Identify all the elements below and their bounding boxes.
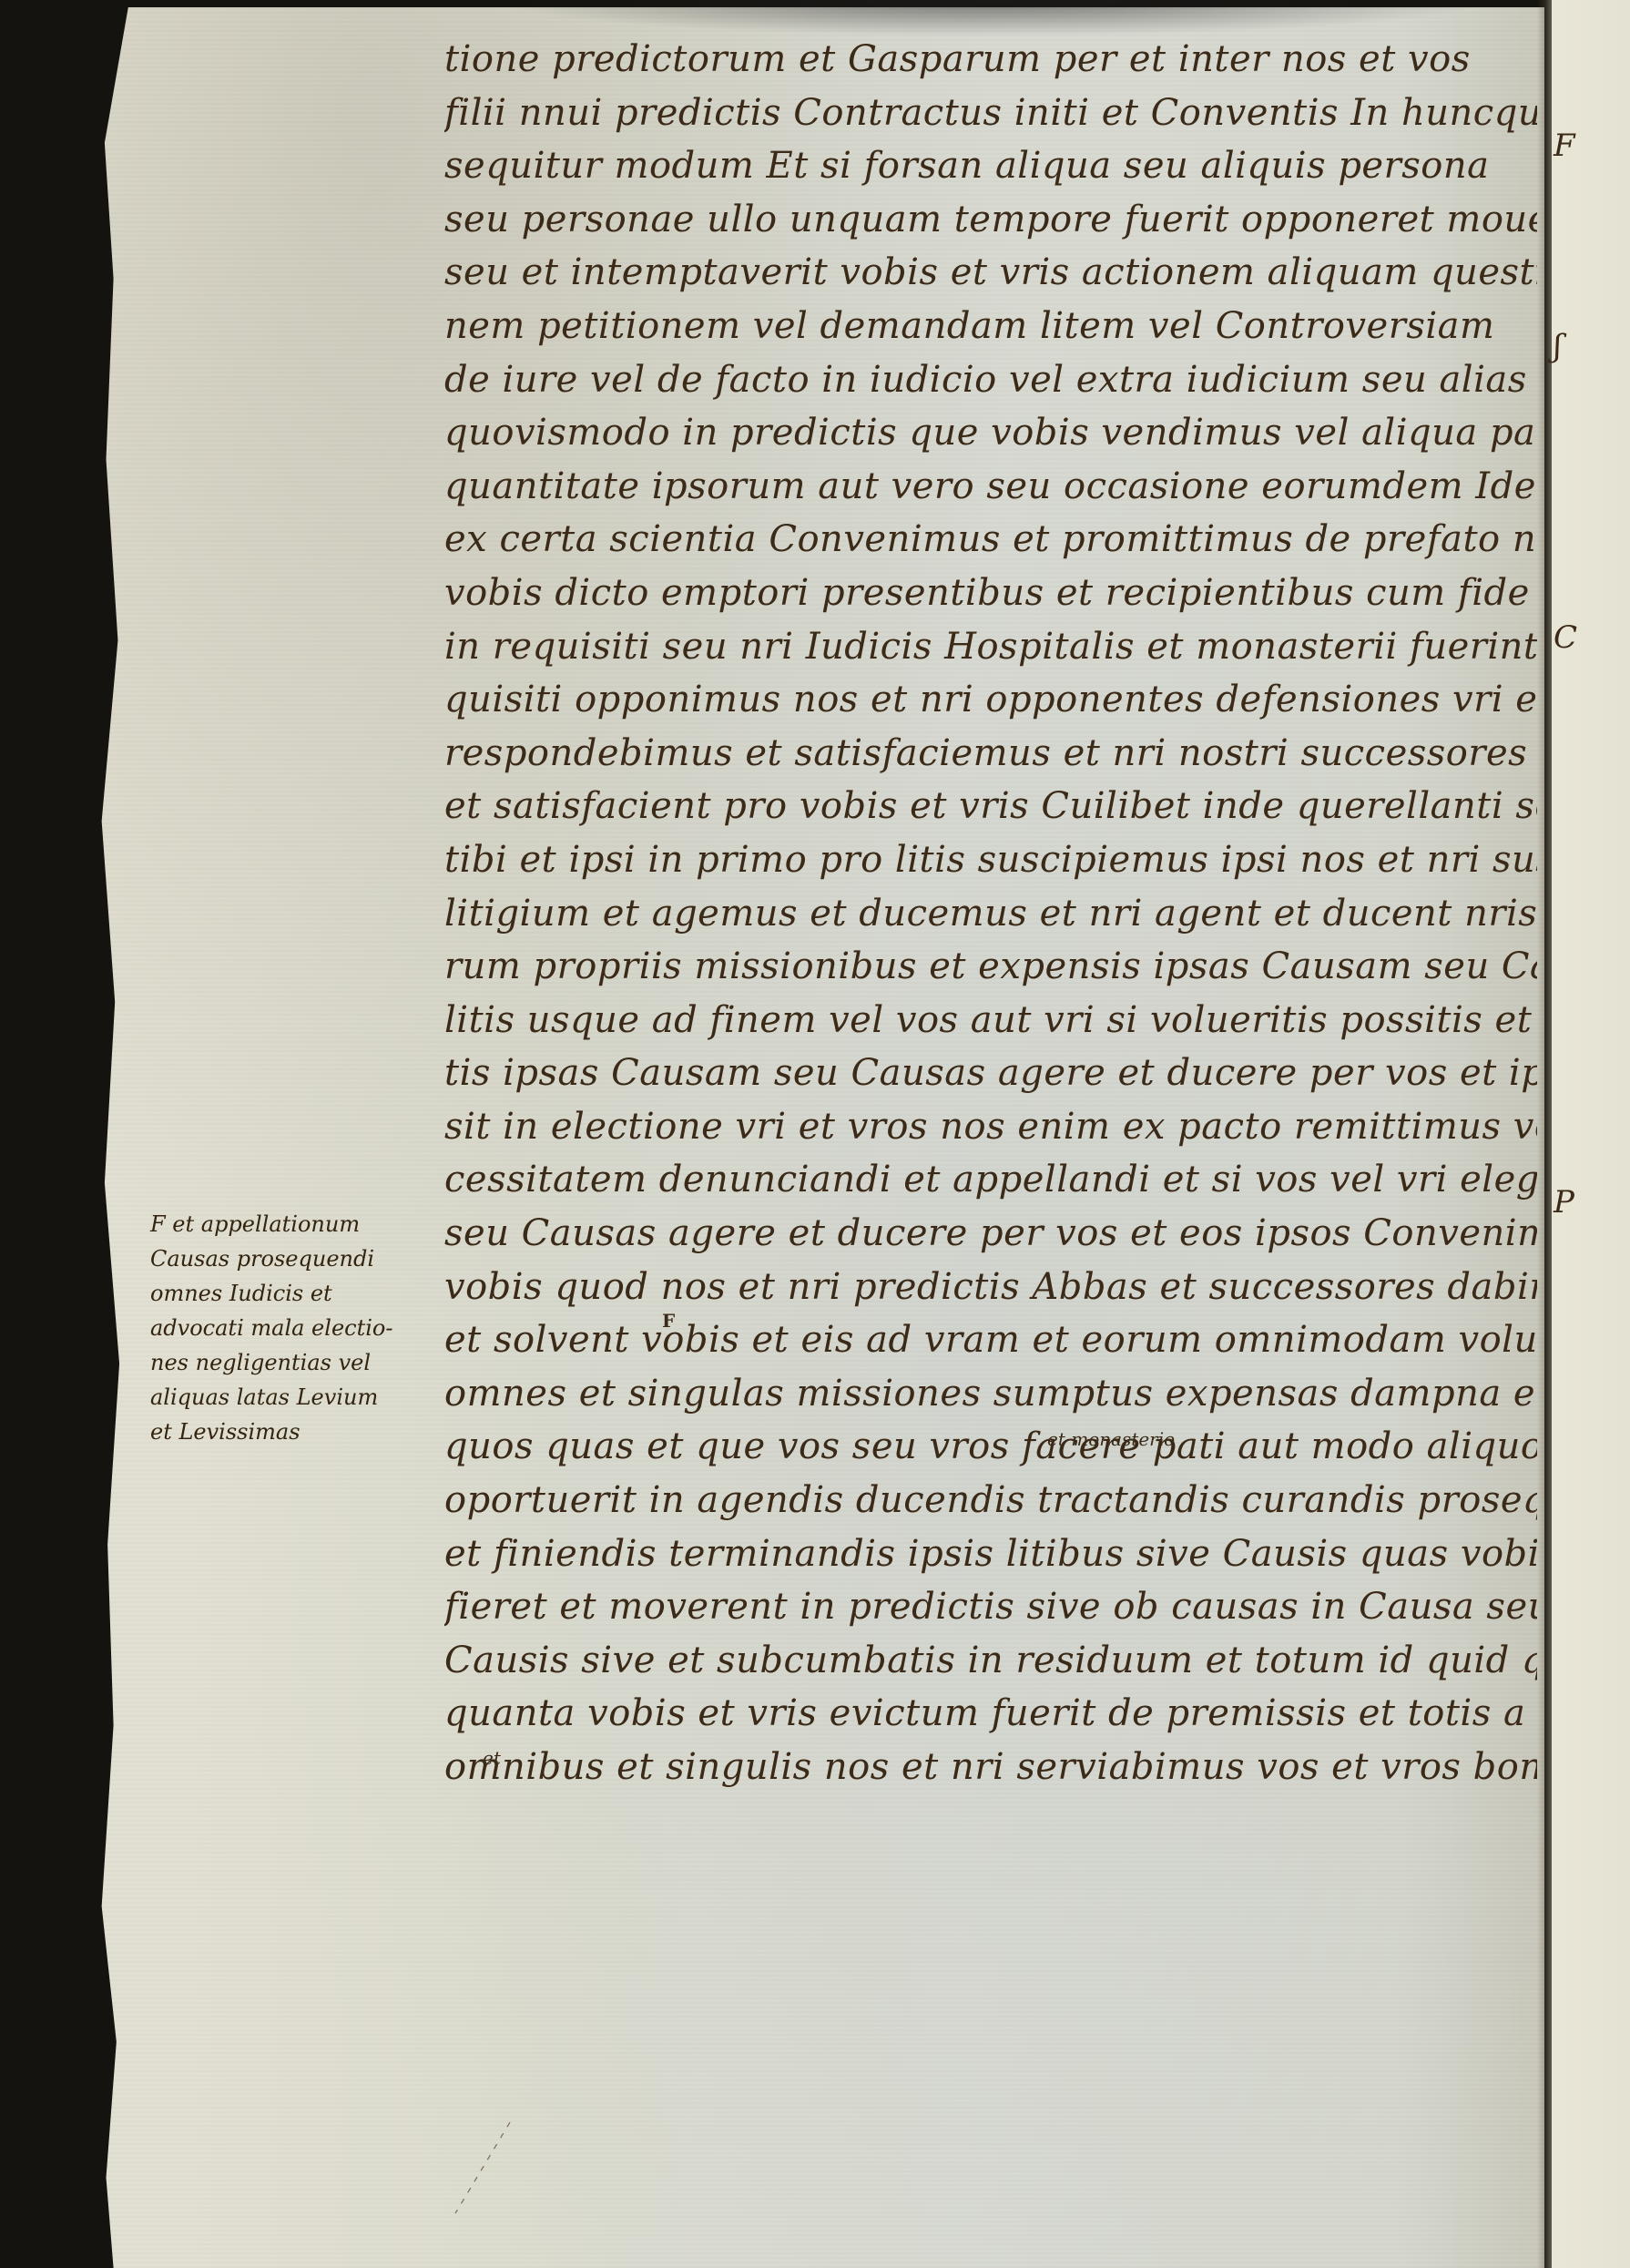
text-line: litis usque ad finem vel vos aut vri si … bbox=[444, 994, 1537, 1047]
facing-fragment: P bbox=[1554, 1184, 1574, 1221]
margin-line: omnes Iudicis et bbox=[150, 1276, 437, 1311]
text-line: et solvent vobis et eis ad vram et eorum… bbox=[444, 1313, 1537, 1367]
text-line: seu personae ullo unquam tempore fuerit … bbox=[444, 193, 1537, 247]
text-line: Causis sive et subcumbatis in residuum e… bbox=[444, 1634, 1537, 1688]
pen-stroke-marks bbox=[428, 2113, 537, 2222]
margin-line: advocati mala electio- bbox=[150, 1311, 437, 1345]
text-line: ex certa scientia Convenimus et promitti… bbox=[444, 513, 1537, 567]
text-line: tibi et ipsi in primo pro litis suscipie… bbox=[444, 833, 1537, 887]
text-line: quovismodo in predictis que vobis vendim… bbox=[444, 406, 1537, 460]
text-line: tione predictorum et Gasparum per et int… bbox=[444, 33, 1537, 87]
main-text-block: tione predictorum et Gasparum per et int… bbox=[444, 33, 1537, 1794]
interlinear-insertion: et monasterio bbox=[1047, 1428, 1175, 1450]
text-line: in requisiti seu nri Iudicis Hospitalis … bbox=[444, 620, 1537, 674]
text-line: seu Causas agere et ducere per vos et eo… bbox=[444, 1207, 1537, 1261]
text-line: fieret et moverent in predictis sive ob … bbox=[444, 1580, 1537, 1634]
text-line: tis ipsas Causam seu Causas agere et duc… bbox=[444, 1047, 1537, 1100]
text-line: omnibus et singulis nos et nri serviabim… bbox=[444, 1741, 1537, 1794]
margin-line: F et appellationum bbox=[150, 1207, 437, 1241]
margin-line: aliquas latas Levium bbox=[150, 1380, 437, 1415]
text-line: vobis dicto emptori presentibus et recip… bbox=[444, 567, 1537, 620]
margin-line: et Levissimas bbox=[150, 1415, 437, 1449]
text-line: nem petitionem vel demandam litem vel Co… bbox=[444, 300, 1537, 353]
text-line: sit in electione vri et vros nos enim ex… bbox=[444, 1100, 1537, 1154]
text-line: litigium et agemus et ducemus et nri age… bbox=[444, 887, 1537, 941]
text-line: oportuerit in agendis ducendis tractandi… bbox=[444, 1474, 1537, 1527]
margin-line: nes negligentias vel bbox=[150, 1345, 437, 1380]
text-line: quanta vobis et vris evictum fuerit de p… bbox=[444, 1687, 1537, 1741]
text-line: respondebimus et satisfaciemus et nri no… bbox=[444, 727, 1537, 781]
text-line: sequitur modum Et si forsan aliqua seu a… bbox=[444, 139, 1537, 193]
text-line: et satisfacient pro vobis et vris Cuilib… bbox=[444, 780, 1537, 833]
text-line: et finiendis terminandis ipsis litibus s… bbox=[444, 1527, 1537, 1581]
facing-fragment: C bbox=[1554, 619, 1577, 656]
text-line: de iure vel de facto in iudicio vel extr… bbox=[444, 353, 1537, 407]
text-line: quos quas et que vos seu vros facere pat… bbox=[444, 1420, 1537, 1474]
text-line: omnes et singulas missiones sumptus expe… bbox=[444, 1367, 1537, 1421]
facing-page-edge bbox=[1552, 0, 1630, 2268]
text-line: vobis quod nos et nri predictis Abbas et… bbox=[444, 1261, 1537, 1314]
insertion-mark: F bbox=[662, 1310, 675, 1332]
text-line: cessitatem denunciandi et appellandi et … bbox=[444, 1153, 1537, 1207]
facing-fragment: F bbox=[1554, 128, 1575, 164]
text-line: rum propriis missionibus et expensis ips… bbox=[444, 940, 1537, 994]
text-line: quantitate ipsorum aut vero seu occasion… bbox=[444, 460, 1537, 514]
margin-note: F et appellationum Causas prosequendi om… bbox=[150, 1207, 437, 1449]
facing-fragment: ʃ bbox=[1554, 328, 1562, 364]
top-stain bbox=[492, 0, 1493, 36]
interlinear-insertion: et bbox=[483, 1747, 501, 1769]
text-line: seu et intemptaverit vobis et vris actio… bbox=[444, 246, 1537, 300]
text-line: filii nnui predictis Contractus initi et… bbox=[444, 87, 1537, 140]
margin-line: Causas prosequendi bbox=[150, 1241, 437, 1276]
text-line: quisiti opponimus nos et nri opponentes … bbox=[444, 673, 1537, 727]
